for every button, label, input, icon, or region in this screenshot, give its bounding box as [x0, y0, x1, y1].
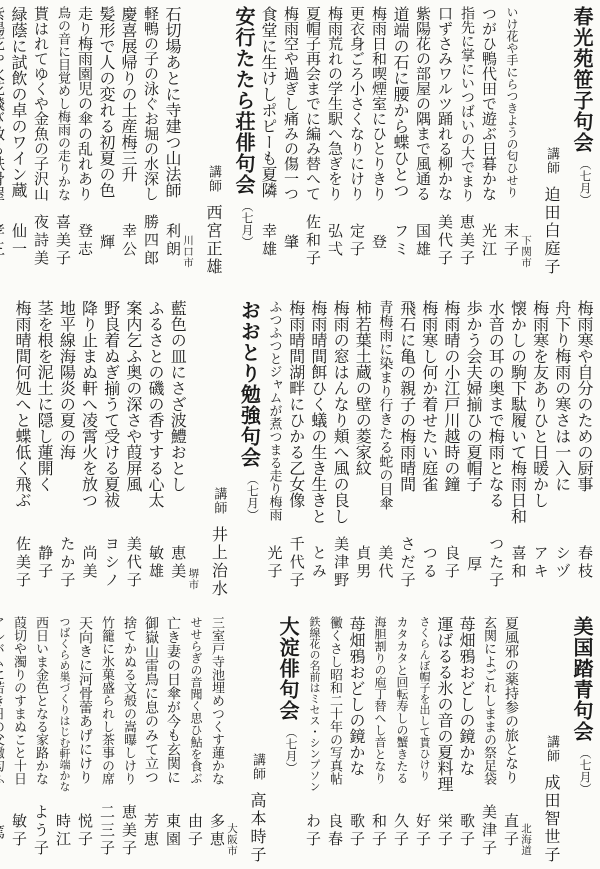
author-name: 厚: [459, 556, 481, 571]
author-name: 佐和子: [298, 214, 320, 268]
author-zone: つる: [415, 526, 437, 600]
author-zone: 多恵: [202, 796, 224, 866]
poem-text: 西日いま金色となる家路かな: [26, 616, 48, 785]
author-name: 喜美子: [48, 214, 70, 268]
author-name: 時江: [48, 813, 70, 849]
author-name: つる: [415, 545, 437, 581]
author-name: 静子: [30, 545, 52, 581]
author-name: シヅ: [548, 545, 570, 581]
author-zone: フミ: [386, 204, 408, 278]
poem-column: ふるさとの磯の香すする心太敏雄: [141, 300, 163, 600]
author-zone: 美津野: [326, 526, 348, 600]
author-zone: 恵美: [163, 526, 185, 600]
author-name: 歌子: [342, 813, 364, 849]
poem-column: 夏風邪の薬持参の旅となり直子: [496, 616, 518, 866]
poem-text: 梅雨晴間餌ひく蟻の生き生きと: [304, 300, 326, 524]
poem-text: 御嶽山雷鳥に息のみて立つ: [136, 616, 158, 784]
author-zone: 栄子: [430, 796, 452, 866]
author-zone: 美代: [370, 526, 392, 600]
author-zone: 美代子: [430, 204, 452, 278]
author-zone: 定子: [342, 204, 364, 278]
lecturer-name: 西宮正雄: [196, 204, 221, 276]
poem-column: 食堂に生けしポピーも夏隣幸雄: [254, 6, 276, 278]
poem-column: 梅雨寒や自分のための厨事春枝: [570, 300, 592, 600]
poem-text: いけ花や手にらつきようの匂ひせり: [496, 6, 518, 198]
section-title: 大淀俳句会: [268, 616, 298, 721]
author-name: 敏子: [4, 813, 26, 849]
poem-column: 天向きに河骨蕾あげにけり悦子: [70, 616, 92, 866]
poem-text: 梅雨空や過ぎし痛みの傷一つ: [276, 6, 298, 201]
location-label: 川口市: [180, 6, 193, 278]
author-name: 春枝: [570, 545, 592, 581]
poem-text: 茎を根を泥土に隠し蓮開く: [30, 300, 52, 492]
author-name: アキ: [526, 545, 548, 581]
author-zone: 光江: [474, 204, 496, 278]
poem-text: 梅雨の窓はんなり頬へ風の良し: [326, 300, 348, 524]
poem-text: 歩かう会夫婦揃ひの夏帽子: [459, 300, 481, 492]
author-zone: 美代子: [119, 526, 141, 600]
author-zone: 利朗: [158, 204, 180, 278]
poem-text: 梅雨寒や自分のための厨事: [570, 300, 592, 492]
poem-column: せせらぎの音聞く思ひ鮎を食ぶ由子: [180, 616, 202, 866]
author-zone: 由子: [180, 796, 202, 866]
author-zone: 芳恵: [136, 796, 158, 866]
poem-column: 梅雨寒を友ありひと日暖かしアキ: [526, 300, 548, 600]
poem-column: 亡き妻の日傘が今も玄関に東園: [158, 616, 180, 866]
poem-text: 舟下り梅雨の寒さは一入に: [548, 300, 570, 492]
lecturer-column: 講師高本時子: [240, 616, 265, 866]
poem-column: 鳥の音に目覚めし梅雨の走りかな喜美子: [48, 6, 70, 278]
poem-text: ふるさとの磯の香すする心太: [141, 300, 163, 508]
poem-text: 飛石に亀の親子の梅雨晴間: [393, 300, 415, 492]
author-zone: 美津子: [474, 796, 496, 866]
author-zone: 登志: [70, 204, 92, 278]
poem-column: 緑蔭に試飲の卓のワイン蔵仙一: [4, 6, 26, 278]
poem-text: 髪形で人の変れる初夏の色: [92, 6, 114, 198]
poem-text: 青梅雨に染まり行きたる蛇の目傘: [370, 300, 392, 510]
poem-column: つばくらめ巣づくりはじむ軒端かな時江: [48, 616, 70, 866]
poem-text: 水音の耳の奥まで梅雨となる: [481, 300, 503, 508]
author-zone: 仙一: [4, 204, 26, 278]
author-zone: 静子: [30, 526, 52, 600]
poem-text: 懐かしの駒下駄履いて梅雨日和: [503, 300, 525, 524]
author-zone: 佐美子: [8, 526, 30, 600]
poem-column: 苺畑鴉おどしの鏡かな歌子: [342, 616, 364, 866]
poem-text: 葭切や濁りのすまぬこと十日: [4, 616, 26, 785]
author-name: 栄子: [430, 813, 452, 849]
lecturer-label: 講師: [196, 165, 221, 193]
lecturer-label: 講師: [534, 735, 559, 763]
poem-column: 梅雨晴間餌ひく蟻の生き生きととみ: [304, 300, 326, 600]
author-name: 恵美子: [452, 214, 474, 268]
section-month: （七月）: [268, 726, 297, 774]
author-zone: 肇: [276, 204, 298, 278]
author-zone: 敏雄: [141, 526, 163, 600]
author-zone: 末子: [496, 204, 518, 278]
section-month: （七月）: [229, 473, 258, 521]
poem-text: 紫陽花の部屋の隅まで風通る: [408, 6, 430, 201]
lecturer-column: 講師成田智世子: [534, 616, 559, 866]
author-zone: 喜和: [503, 526, 525, 600]
section-month: （七月）: [562, 747, 591, 795]
poem-text: カタカタと回転寿しの蟹きたる: [386, 616, 408, 784]
location-label: 下関市: [518, 6, 531, 278]
poem-text: 道端の石に腰から蝶ひとつ: [386, 6, 408, 198]
poem-text: 鳥の音に目覚めし梅雨の走りかな: [48, 6, 70, 201]
author-zone: 恵美子: [114, 796, 136, 866]
haiku-page: 春光苑笹子句会（七月）講師迫田白庭子下関市いけ花や手にらつきようの匂ひせり末子つ…: [0, 0, 600, 869]
author-name: 国雄: [408, 223, 430, 259]
poem-text: 食堂に生けしポピーも夏隣: [254, 6, 276, 198]
author-name: つた子: [481, 536, 503, 590]
poem-text: さくらんぼ帽子を出して貰ひけり: [408, 616, 430, 781]
poem-column: 竹籠に氷菓盛られし茶事の席二三子: [92, 616, 114, 866]
poem-column: 慶喜展帰りの土産梅三升幸公: [114, 6, 136, 278]
poem-column: 三室戸寺池埋めつくす蓮かな多恵: [202, 616, 224, 866]
author-zone: とみ: [304, 526, 326, 600]
author-name: 利朗: [158, 223, 180, 259]
author-name: 恵美: [163, 545, 185, 581]
lecturer-column: 講師西宮正雄: [196, 6, 221, 278]
author-name: 美代: [370, 545, 392, 581]
poem-text: 貰はれてゆくや金魚の子沢山: [26, 6, 48, 201]
author-zone: 歌子: [342, 796, 364, 866]
lecturer-name: 成田智世子: [534, 774, 559, 864]
poem-text: 竹籠に氷菓盛られし茶事の席: [92, 616, 114, 785]
author-name: 芳恵: [136, 813, 158, 849]
author-zone: 幸雄: [254, 204, 276, 278]
poem-column: つがひ鴨代田で遊ぶ日暮かな光江: [474, 6, 496, 278]
author-name: 尚美: [75, 545, 97, 581]
author-zone: 厚: [459, 526, 481, 600]
author-zone: 夜詩美: [26, 204, 48, 278]
poem-text: 運ばるる氷の音の夏料理: [430, 616, 452, 792]
poem-column: 御嶽山雷鳥に息のみて立つ芳恵: [136, 616, 158, 866]
poem-text: 梅雨寒し何か着せたい庭雀: [415, 300, 437, 492]
location-label: 大阪市: [224, 616, 237, 866]
poem-column: 更衣身ごろ小さくなりにけり定子: [342, 6, 364, 278]
section-header: おおとり勉強句会（七月）講師井上治水堺市: [185, 300, 259, 600]
author-name: 美津子: [474, 804, 496, 858]
author-name: 和子: [364, 813, 386, 849]
location-label: 北海道: [518, 616, 531, 866]
section-title: 安行たたら荘俳句会: [224, 6, 254, 195]
lecturer-label: 講師: [534, 147, 559, 175]
author-name: 喜和: [503, 545, 525, 581]
author-name: 美代子: [430, 214, 452, 268]
poem-text: 苺畑鴉おどしの鏡かな: [452, 616, 474, 776]
poem-column: 茎を根を泥土に隠し蓮開く静子: [30, 300, 52, 600]
poem-text: 指先に掌にいつばいの大でまり: [452, 6, 474, 202]
band-bottom: 美国踏青句会（七月）講師成田智世子北海道夏風邪の薬持参の旅となり直子玄関によごれ…: [8, 616, 592, 866]
poem-text: 苺畑鴉おどしの鏡かな: [342, 616, 364, 776]
author-name: 東園: [158, 813, 180, 849]
author-name: 定子: [342, 223, 364, 259]
author-zone: 東園: [158, 796, 180, 866]
poem-text: 捨てかぬる文殻の嵩曝しけり: [114, 616, 136, 785]
poem-column: 野良着ぬぎ揃うて受ける夏祓ヨシノ: [97, 300, 119, 600]
lecturer-name: 迫田白庭子: [534, 186, 559, 276]
poem-column: 青梅雨に染まり行きたる蛇の目傘美代: [370, 300, 392, 600]
poem-column: 苺畑鴉おどしの鏡かな歌子: [452, 616, 474, 866]
section-header: 美国踏青句会（七月）講師成田智世子北海道: [518, 616, 592, 866]
poem-column: 走り梅雨園児の傘の乱れあり登志: [70, 6, 92, 278]
poem-column: 夏帽子再会までに編み替へて佐和子: [298, 6, 320, 278]
poem-text: 梅雨寒を友ありひと日暖かし: [526, 300, 548, 508]
poem-text: 降り止まぬ軒へ凌霄火を放つ: [75, 300, 97, 508]
author-zone: 尚美: [75, 526, 97, 600]
poem-column: 案内乞ふ奥の深さや葭屏風美代子: [119, 300, 141, 600]
lecturer-column: 講師迫田白庭子: [534, 6, 559, 278]
poem-column: 道端の石に腰から蝶ひとつフミ: [386, 6, 408, 278]
poem-text: せせらぎの音聞く思ひ鮎を食ぶ: [180, 616, 202, 784]
poem-column: 指先に掌にいつばいの大でまり恵美子: [452, 6, 474, 278]
poem-column: 水音の耳の奥まで梅雨となるつた子: [481, 300, 503, 600]
poem-text: 天向きに河骨蕾あげにけり: [70, 616, 92, 784]
author-name: 敏雄: [141, 545, 163, 581]
poem-column: ふつふつとジャムが煮つまる走り梅雨光子: [260, 300, 282, 600]
author-zone: 佐和子: [298, 204, 320, 278]
poem-text: 案内乞ふ奥の深さや葭屏風: [119, 300, 141, 492]
lecturer-name: 井上治水: [201, 526, 226, 598]
section-title: おおとり勉強句会: [229, 300, 259, 468]
poem-column: 葭切や濁りのすまぬこと十日敏子: [4, 616, 26, 866]
author-zone: 良子: [437, 526, 459, 600]
author-name: ヨシノ: [97, 536, 119, 590]
section-title-column: 春光苑笹子句会（七月）: [562, 6, 592, 278]
author-name: 末子: [496, 223, 518, 259]
poem-text: 梅雨晴の小江戸川越時の鐘: [437, 300, 459, 492]
author-name: 美津野: [326, 536, 348, 590]
author-zone: 好子: [408, 796, 430, 866]
section-month: （七月）: [224, 200, 253, 248]
poem-column: 梅雨晴間何処へと蝶低く飛ぶ佐美子: [8, 300, 30, 600]
section-title: 美国踏青句会: [562, 616, 592, 742]
author-name: 直子: [496, 813, 518, 849]
poem-column: 梅雨の窓はんなり頬へ風の良し美津野: [326, 300, 348, 600]
author-zone: 弘弌: [320, 204, 342, 278]
author-name: 千代子: [282, 536, 304, 590]
poem-column: 石切場あとに寺建つ山法師利朗: [158, 6, 180, 278]
author-zone: 勝四郎: [136, 204, 158, 278]
author-name: 良春: [320, 813, 342, 849]
poem-text: 緑蔭に試飲の卓のワイン蔵: [4, 6, 26, 198]
author-name: 光江: [474, 223, 496, 259]
poem-text: 玄関によごれしままの祭足袋: [474, 616, 496, 785]
poem-column: 懐かしの駒下駄履いて梅雨日和喜和: [503, 300, 525, 600]
author-zone: 直子: [496, 796, 518, 866]
section-title-column: 大淀俳句会（七月）: [268, 616, 298, 866]
author-name: 歌子: [452, 813, 474, 849]
author-name: とみ: [304, 545, 326, 581]
poem-text: 軽鴨の子の泳ぐお堀の水深し: [136, 6, 158, 201]
poem-text: 地平線海陽炎の夏の海: [52, 300, 74, 460]
author-zone: 和子: [364, 796, 386, 866]
author-zone: さだ子: [393, 526, 415, 600]
author-zone: 幸公: [114, 204, 136, 278]
poem-column: いけ花や手にらつきようの匂ひせり末子: [496, 6, 518, 278]
poem-column: 運ばるる氷の音の夏料理栄子: [430, 616, 452, 866]
poem-text: 海胆割りの庖丁替へし音となり: [364, 616, 386, 784]
section-month: （七月）: [562, 158, 591, 206]
poem-column: 梅雨晴間湖畔にひかる乙女像千代子: [282, 300, 304, 600]
poem-text: 梅雨荒れの学生駅へ急ぎをり: [320, 6, 342, 201]
author-name: 由子: [180, 813, 202, 849]
author-zone: 歌子: [452, 796, 474, 866]
poem-text: 柿若葉土蔵の壁の菱家紋: [348, 300, 370, 476]
poem-column: 黴くさし昭和二十年の写真帖良春: [320, 616, 342, 866]
poem-text: 梅雨晴間湖畔にひかる乙女像: [282, 300, 304, 508]
author-zone: シヅ: [548, 526, 570, 600]
author-name: 悦子: [70, 813, 92, 849]
poem-text: 黴くさし昭和二十年の写真帖: [320, 616, 342, 785]
poem-column: 鉄線花の名前はミセス・シンプソンわ子: [298, 616, 320, 866]
lecturer-name: 高本時子: [240, 792, 265, 864]
poem-column: 梅雨晴の小江戸川越時の鐘良子: [437, 300, 459, 600]
author-zone: わ子: [298, 796, 320, 866]
poem-column: 海胆割りの庖丁替へし音となり和子: [364, 616, 386, 866]
author-name: 佐美子: [8, 536, 30, 590]
poem-text: 夏帽子再会までに編み替へて: [298, 6, 320, 201]
author-zone: ヨシノ: [97, 526, 119, 600]
poem-text: 野良着ぬぎ揃うて受ける夏祓: [97, 300, 119, 508]
author-zone: 貞男: [348, 526, 370, 600]
poem-column: 梅雨寒し何か着せたい庭雀つる: [415, 300, 437, 600]
author-zone: たか子: [52, 526, 74, 600]
poem-text: 口ずさみワルツ踊れる柳かな: [430, 6, 452, 201]
poem-text: 慶喜展帰りの土産梅三升: [114, 6, 136, 182]
section-header: 春光苑笹子句会（七月）講師迫田白庭子下関市: [518, 6, 592, 278]
poem-column: 降り止まぬ軒へ凌霄火を放つ尚美: [75, 300, 97, 600]
author-name: 輝: [92, 234, 114, 249]
author-name: 登志: [70, 223, 92, 259]
author-zone: 千代子: [282, 526, 304, 600]
author-name: 登: [364, 234, 386, 249]
poem-text: 鉄線花の名前はミセス・シンプソン: [298, 616, 320, 792]
poem-text: 走り梅雨園児の傘の乱れあり: [70, 6, 92, 201]
band-middle: 梅雨寒や自分のための厨事春枝舟下り梅雨の寒さは一入にシヅ梅雨寒を友ありひと日暖か…: [8, 300, 592, 600]
author-name: 幸公: [114, 223, 136, 259]
author-zone: 久子: [386, 796, 408, 866]
lecturer-label: 講師: [201, 487, 226, 515]
section-header: 安行たたら荘俳句会（七月）講師西宮正雄川口市: [180, 6, 254, 278]
author-zone: 喜美子: [48, 204, 70, 278]
section-header: 大淀俳句会（七月）講師高本時子大阪市: [224, 616, 298, 866]
poem-column: 貰はれてゆくや金魚の子沢山夜詩美: [26, 6, 48, 278]
author-name: 肇: [276, 234, 298, 249]
author-zone: 良春: [320, 796, 342, 866]
author-name: わ子: [298, 813, 320, 849]
author-zone: アキ: [526, 526, 548, 600]
author-zone: 二三子: [92, 796, 114, 866]
poem-text: 藍色の皿にさざ波鱧おとし: [163, 300, 185, 492]
author-zone: 時江: [48, 796, 70, 866]
author-name: よう子: [26, 804, 48, 858]
poem-column: 軽鴨の子の泳ぐお堀の水深し勝四郎: [136, 6, 158, 278]
author-name: 二三子: [92, 804, 114, 858]
poem-text: 夏風邪の薬持参の旅となり: [496, 616, 518, 784]
section-title-column: おおとり勉強句会（七月）: [229, 300, 259, 600]
author-name: 久子: [386, 813, 408, 849]
author-zone: 恵美子: [452, 204, 474, 278]
lecturer-label: 講師: [240, 753, 265, 781]
poem-text: ふつふつとジャムが煮つまる走り梅雨: [260, 300, 282, 521]
poem-column: 藍色の皿にさざ波鱧おとし恵美: [163, 300, 185, 600]
poem-column: 捨てかぬる文殻の嵩曝しけり恵美子: [114, 616, 136, 866]
author-zone: 悦子: [70, 796, 92, 866]
author-name: フミ: [386, 223, 408, 259]
author-name: 好子: [408, 813, 430, 849]
author-name: 仙一: [4, 223, 26, 259]
section-title: 春光苑笹子句会: [562, 6, 592, 153]
location-label: 堺市: [185, 300, 198, 600]
poem-text: 更衣身ごろ小さくなりにけり: [342, 6, 364, 201]
poem-column: さくらんぼ帽子を出して貰ひけり好子: [408, 616, 430, 866]
poem-column: 口ずさみワルツ踊れる柳かな美代子: [430, 6, 452, 278]
poem-column: 地平線海陽炎の夏の海たか子: [52, 300, 74, 600]
poem-column: 飛石に亀の親子の梅雨晴間さだ子: [393, 300, 415, 600]
section-title-column: 美国踏青句会（七月）: [562, 616, 592, 866]
poem-text: 亡き妻の日傘が今も玄関に: [158, 616, 180, 784]
poem-column: カタカタと回転寿しの蟹きたる久子: [386, 616, 408, 866]
poem-column: 梅雨空や過ぎし痛みの傷一つ肇: [276, 6, 298, 278]
poem-column: 紫陽花の部屋の隅まで風通る国雄: [408, 6, 430, 278]
poem-column: 舟下り梅雨の寒さは一入にシヅ: [548, 300, 570, 600]
author-name: 光子: [260, 545, 282, 581]
author-zone: つた子: [481, 526, 503, 600]
poem-column: 髪形で人の変れる初夏の色輝: [92, 6, 114, 278]
author-name: 多恵: [202, 813, 224, 849]
author-zone: 国雄: [408, 204, 430, 278]
author-zone: 光子: [260, 526, 282, 600]
author-name: 勝四郎: [136, 214, 158, 268]
author-name: たか子: [52, 536, 74, 590]
poem-column: 柿若葉土蔵の壁の菱家紋貞男: [348, 300, 370, 600]
author-name: 良子: [437, 545, 459, 581]
band-top: 春光苑笹子句会（七月）講師迫田白庭子下関市いけ花や手にらつきようの匂ひせり末子つ…: [8, 6, 592, 278]
poem-column: 梅雨荒れの学生駅へ急ぎをり弘弌: [320, 6, 342, 278]
poem-text: 梅雨晴間何処へと蝶低く飛ぶ: [8, 300, 30, 508]
author-name: 美代子: [119, 536, 141, 590]
author-name: 幸雄: [254, 223, 276, 259]
poem-column: 歩かう会夫婦揃ひの夏帽子厚: [459, 300, 481, 600]
author-zone: 輝: [92, 204, 114, 278]
poem-column: 西日いま金色となる家路かなよう子: [26, 616, 48, 866]
section-title-column: 安行たたら荘俳句会（七月）: [224, 6, 254, 278]
poem-text: 石切場あとに寺建つ山法師: [158, 6, 180, 198]
author-name: 夜詩美: [26, 214, 48, 268]
author-zone: よう子: [26, 796, 48, 866]
poem-text: 梅雨日和喫煙室にひとりきり: [364, 6, 386, 201]
author-zone: 春枝: [570, 526, 592, 600]
poem-column: 玄関によごれしままの祭足袋美津子: [474, 616, 496, 866]
poem-text: つがひ鴨代田で遊ぶ日暮かな: [474, 6, 496, 201]
poem-text: つばくらめ巣づくりはじむ軒端かな: [48, 616, 70, 792]
author-name: 貞男: [348, 545, 370, 581]
author-name: さだ子: [393, 536, 415, 590]
poem-column: 梅雨日和喫煙室にひとりきり登: [364, 6, 386, 278]
author-name: 恵美子: [114, 804, 136, 858]
author-name: 弘弌: [320, 223, 342, 259]
lecturer-column: 講師井上治水: [201, 300, 226, 600]
author-zone: 登: [364, 204, 386, 278]
poem-text: 三室戸寺池埋めつくす蓮かな: [202, 616, 224, 785]
author-zone: 敏子: [4, 796, 26, 866]
